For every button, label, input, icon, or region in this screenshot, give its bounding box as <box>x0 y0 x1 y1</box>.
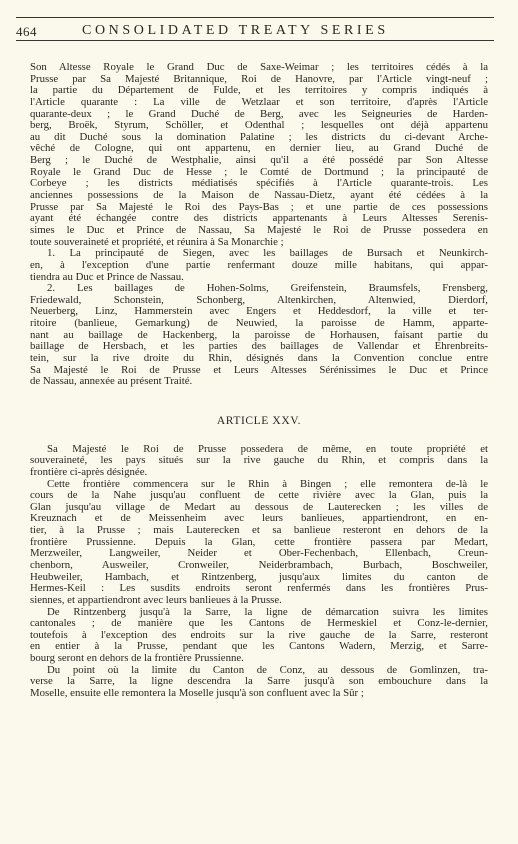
paragraph-rintzenberg-sarre: De Rintzenberg jusqu'à la Sarre, la lign… <box>30 607 488 665</box>
running-head: 464 CONSOLIDATED TREATY SERIES <box>16 17 494 41</box>
text-line: anciennes possessions de la Maison de Na… <box>30 190 488 202</box>
text-line: tier, à la Prusse ; mais Lauterecken et … <box>30 525 488 537</box>
list-item-baillages: 2. Les baillages de Hohen-Solms, Greifen… <box>30 283 488 388</box>
series-title: CONSOLIDATED TREATY SERIES <box>82 23 389 39</box>
text-line: simes le Duc et Prince de Nassau, Sa Maj… <box>30 225 488 237</box>
paragraph-conz-moselle: Du point où la limite du Canton de Conz,… <box>30 665 488 700</box>
page-number: 464 <box>16 24 37 40</box>
page-body: Son Altesse Royale le Grand Duc de Saxe-… <box>30 62 488 700</box>
text-line: frontière ci-après désignée. <box>30 467 488 479</box>
text-line: chenborn, Ausweiler, Cronweiler, Neiderb… <box>30 560 488 572</box>
article-heading: ARTICLE XXV. <box>30 416 488 428</box>
text-line: ritoire (banlieue, Gemarkung) de Neuwied… <box>30 318 488 330</box>
text-line: de Nassau, annexée au présent Traité. <box>30 376 488 388</box>
text-line: l'Article quarante : La ville de Wetzlaa… <box>30 97 488 109</box>
text-line: Son Altesse Royale le Grand Duc de Saxe-… <box>30 62 488 74</box>
text-line: siennes, et appartiendront avec leurs ba… <box>30 595 488 607</box>
paragraph-frontier-bingen: Cette frontière commencera sur le Rhin à… <box>30 479 488 607</box>
paragraph-left-bank: Sa Majesté le Roi de Prusse possedera de… <box>30 444 488 479</box>
list-item-siegen: 1. La principauté de Siegen, avec les ba… <box>30 248 488 283</box>
text-line: tein, sur la rive droite du Rhin, désign… <box>30 353 488 365</box>
text-line: en, à l'exception d'une partie renferman… <box>30 260 488 272</box>
paragraph-territories: Son Altesse Royale le Grand Duc de Saxe-… <box>30 62 488 248</box>
text-line: Moselle, ensuite elle remontera la Mosel… <box>30 688 488 700</box>
